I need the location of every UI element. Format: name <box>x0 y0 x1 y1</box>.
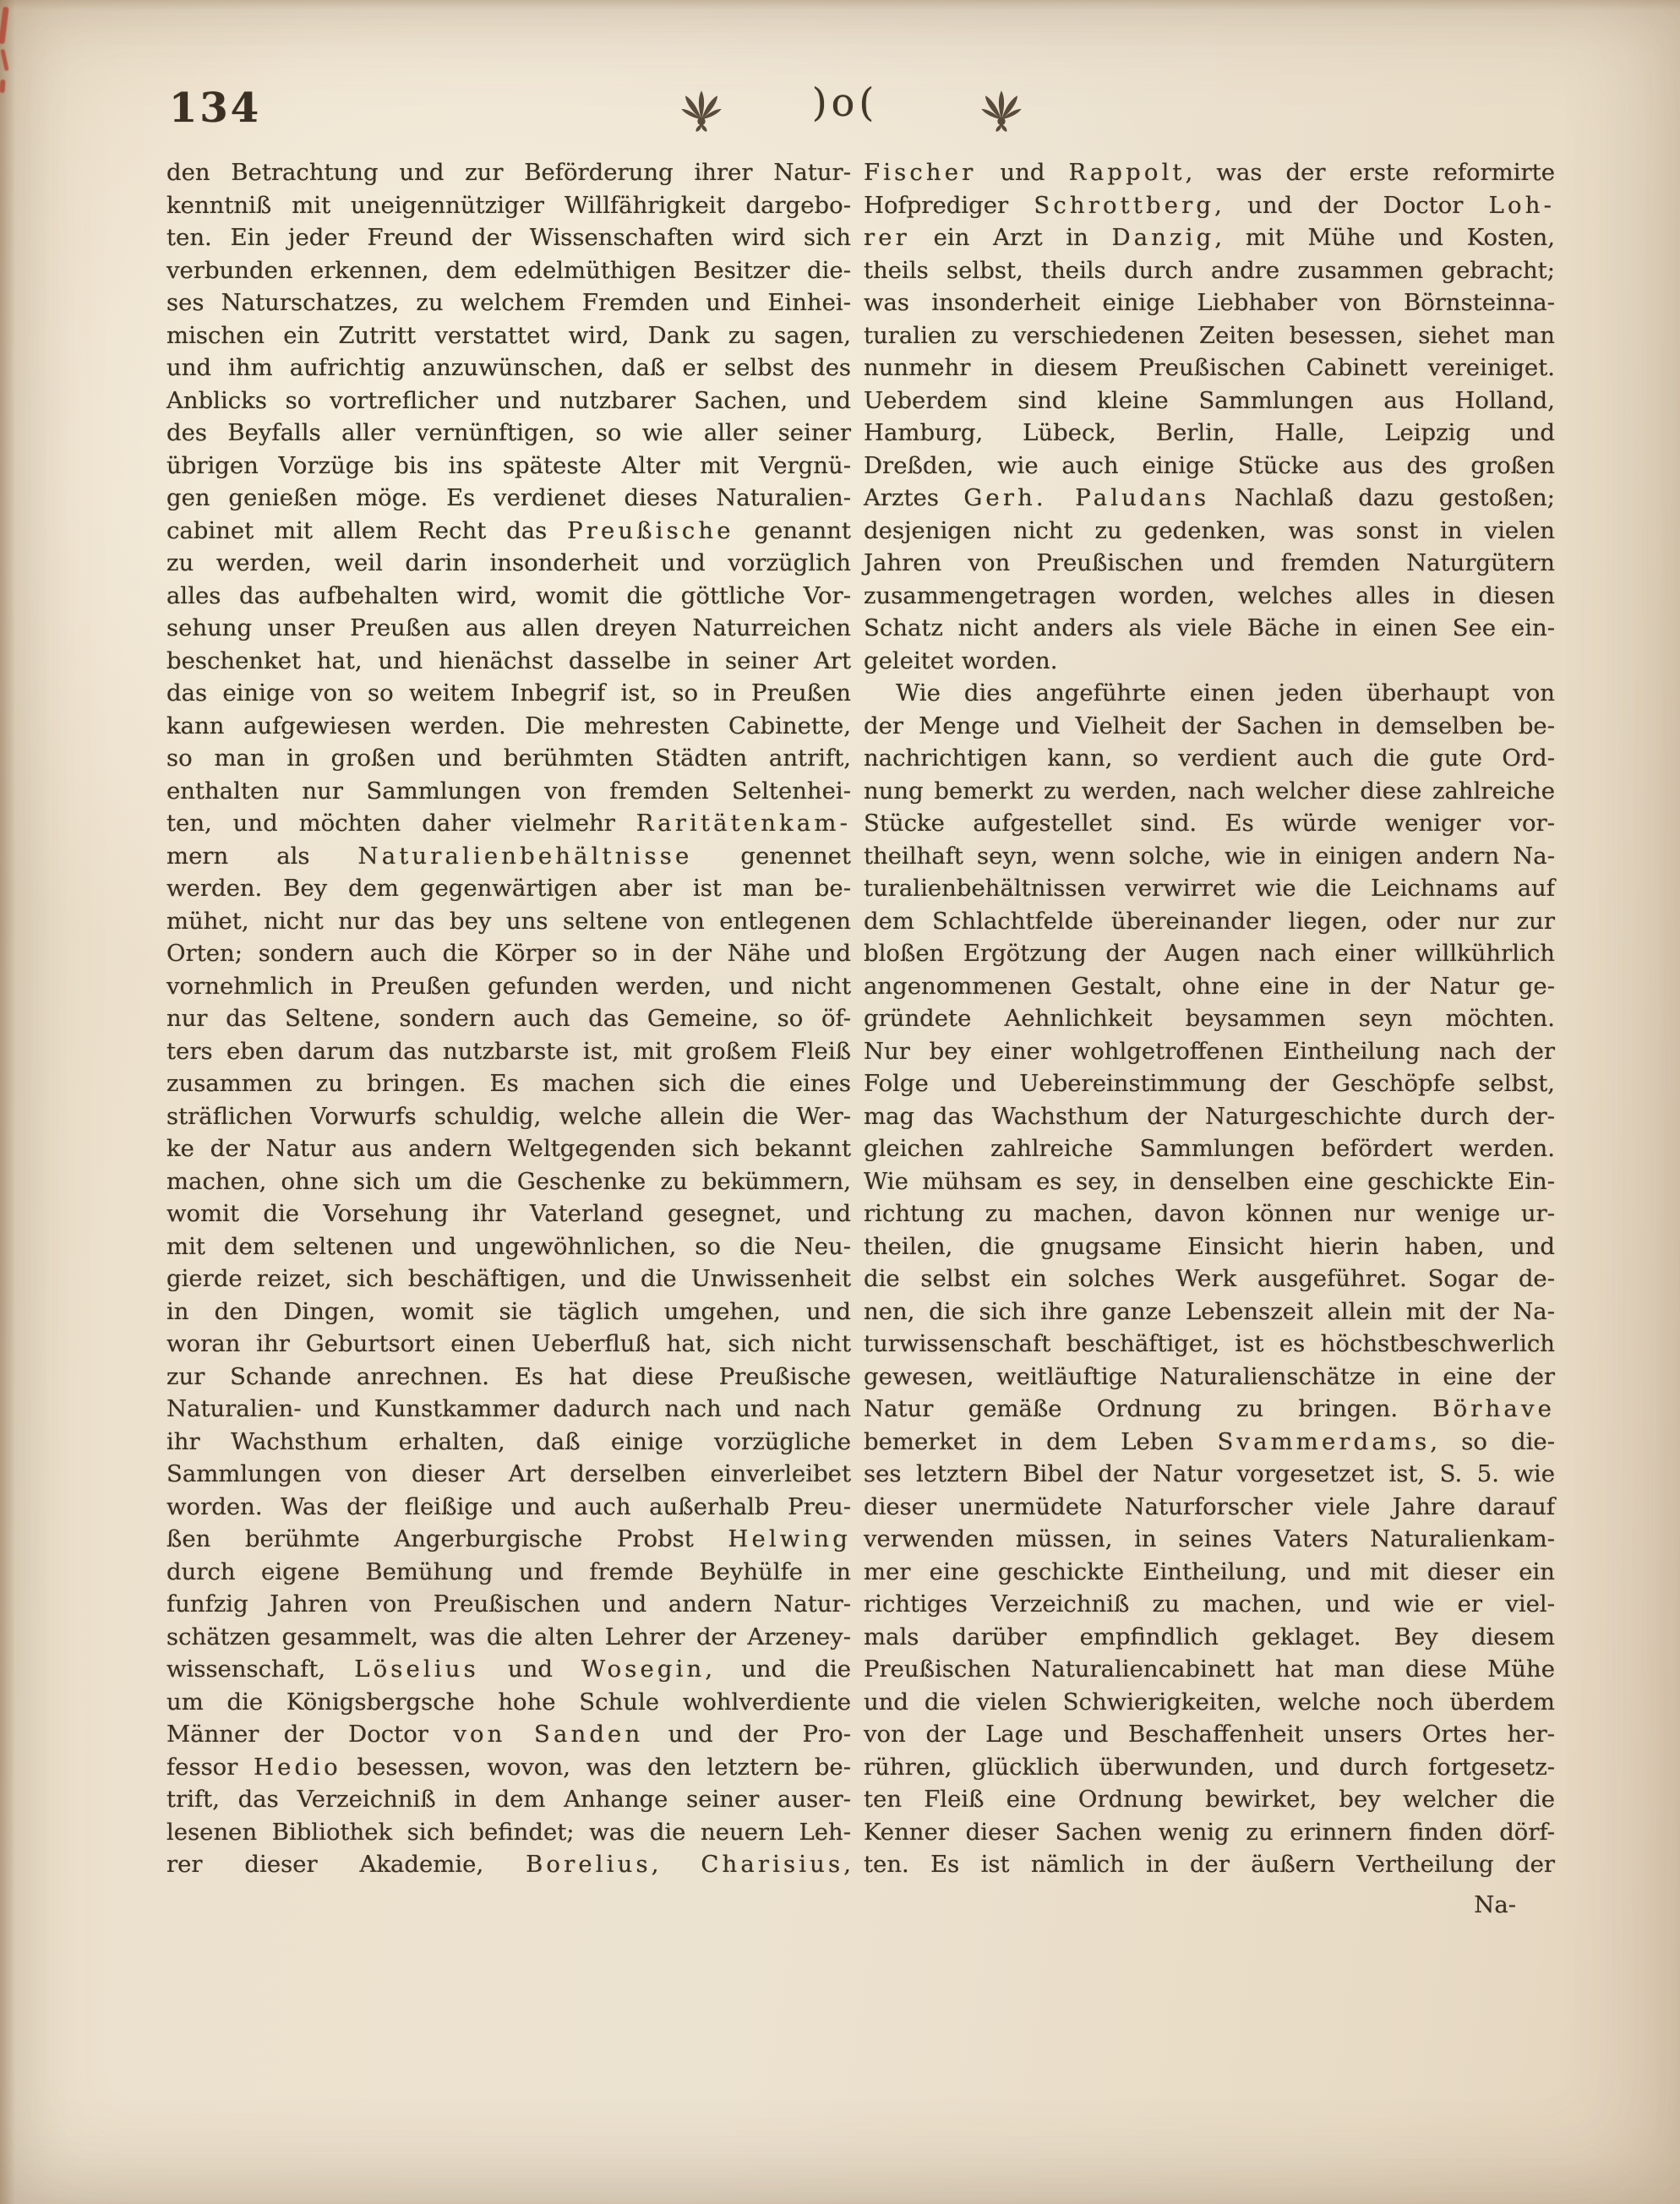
text-line: sträflichen Vorwurfs schuldig, welche al… <box>166 1100 851 1133</box>
text-line: Jahren von Preußischen und fremden Natur… <box>864 547 1555 580</box>
text-line: enthalten nur Sammlungen von fremden Sel… <box>166 775 851 808</box>
text-line: mischen ein Zutritt verstattet wird, Dan… <box>166 319 851 352</box>
text-line: ßen berühmte Angerburgische Probst Helwi… <box>166 1523 851 1556</box>
text-line: gründete Aehnlichkeit beysammen seyn möc… <box>864 1002 1555 1035</box>
text-line: womit die Vorsehung ihr Vaterland gesegn… <box>166 1197 851 1230</box>
text-line: und ihm aufrichtig anzuwünschen, daß er … <box>166 352 851 385</box>
letter-spaced-name: Helwing <box>728 1525 851 1552</box>
text-line: Wie dies angeführte einen jeden überhaup… <box>864 677 1555 710</box>
text-line: wissenschaft, Löselius und Wosegin, und … <box>166 1653 851 1686</box>
text-line: übrigen Vorzüge bis ins späteste Alter m… <box>166 450 851 483</box>
text-line: gen genießen möge. Es verdienet dieses N… <box>166 482 851 515</box>
text-line: Folge und Uebereinstimmung der Geschöpfe… <box>864 1067 1555 1100</box>
text-line: mals darüber empfindlich geklaget. Bey d… <box>864 1621 1555 1654</box>
text-line: funfzig Jahren von Preußischen und ander… <box>166 1588 851 1621</box>
text-line: Preußischen Naturaliencabinett hat man d… <box>864 1653 1555 1686</box>
text-line: rühren, glücklich überwunden, und durch … <box>864 1751 1555 1784</box>
text-line: ihr Wachsthum erhalten, daß einige vorzü… <box>166 1426 851 1459</box>
text-line: Anblicks so vortreflicher und nutzbarer … <box>166 385 851 417</box>
text-line: nen, die sich ihre ganze Lebenszeit alle… <box>864 1296 1555 1328</box>
text-line: verbunden erkennen, dem edelmüthigen Bes… <box>166 254 851 287</box>
text-line: beschenket hat, und hienächst dasselbe i… <box>166 645 851 678</box>
text-line: nung bemerkt zu werden, nach welcher die… <box>864 775 1555 808</box>
letter-spaced-name: Loh- <box>1489 192 1555 219</box>
text-column-right: Fischer und Rappolt, was der erste refor… <box>864 156 1555 1881</box>
page-number: 134 <box>169 85 261 132</box>
text-line: ters eben darum das nutzbarste ist, mit … <box>166 1035 851 1068</box>
text-line: dem Schlachtfelde übereinander liegen, o… <box>864 905 1555 938</box>
text-line: mit dem seltenen und ungewöhnlichen, so … <box>166 1230 851 1263</box>
text-line: richtung zu machen, davon können nur wen… <box>864 1197 1555 1230</box>
text-line: turalienbehältnissen verwirret wie die L… <box>864 872 1555 905</box>
letter-spaced-name: Wosegin <box>581 1656 705 1683</box>
text-line: nachrichtigen kann, so verdient auch die… <box>864 742 1555 775</box>
text-line: Hamburg, Lübeck, Berlin, Halle, Leipzig … <box>864 417 1555 450</box>
text-line: ses letztern Bibel der Natur vorgesetzet… <box>864 1458 1555 1491</box>
text-line: den Betrachtung und zur Beförderung ihre… <box>166 156 851 189</box>
text-line: in den Dingen, womit sie täglich umgehen… <box>166 1296 851 1328</box>
text-line: der Menge und Vielheit der Sachen in dem… <box>864 710 1555 743</box>
letter-spaced-name: Danzig <box>1112 224 1215 251</box>
text-line: gewesen, weitläuftige Naturalienschätze … <box>864 1361 1555 1394</box>
letter-spaced-name: von Sanden <box>453 1721 643 1748</box>
letter-spaced-name: rer <box>864 224 910 251</box>
text-line: ten, und möchten daher vielmehr Raritäte… <box>166 807 851 840</box>
letter-spaced-name: Svammerdams <box>1217 1428 1430 1455</box>
letter-spaced-name: Rappolt <box>1068 159 1185 186</box>
text-line: trift, das Verzeichniß in dem Anhange se… <box>166 1783 851 1816</box>
text-line: Stücke aufgestellet sind. Es würde wenig… <box>864 807 1555 840</box>
text-line: woran ihr Geburtsort einen Ueberfluß hat… <box>166 1328 851 1361</box>
text-line: so man in großen und berühmten Städten a… <box>166 742 851 775</box>
text-line: fessor Hedio besessen, wovon, was den le… <box>166 1751 851 1784</box>
text-line: bemerket in dem Leben Svammerdams, so di… <box>864 1426 1555 1459</box>
text-line: Hofprediger Schrottberg, und der Doctor … <box>864 189 1555 222</box>
letter-spaced-name: Hedio <box>254 1754 341 1781</box>
text-line: worden. Was der fleißige und auch außerh… <box>166 1491 851 1524</box>
letter-spaced-name: Charisius <box>701 1851 843 1878</box>
catchword: Na- <box>1474 1891 1516 1918</box>
text-line: Arztes Gerh. Paludans Nachlaß dazu gesto… <box>864 482 1555 515</box>
text-line: mühet, nicht nur das bey uns seltene von… <box>166 905 851 938</box>
text-line: vornehmlich in Preußen gefunden werden, … <box>166 970 851 1003</box>
text-line: bloßen Ergötzung der Augen nach einer wi… <box>864 937 1555 970</box>
text-line: richtiges Verzeichniß zu machen, und wie… <box>864 1588 1555 1621</box>
text-line: zusammengetragen worden, welches alles i… <box>864 580 1555 613</box>
text-line: kann aufgewiesen werden. Die mehresten C… <box>166 710 851 743</box>
letter-spaced-name: Gerh. Paludans <box>963 484 1209 511</box>
text-line: kenntniß mit uneigennütziger Willfährigk… <box>166 189 851 222</box>
text-line: Kenner dieser Sachen wenig zu erinnern f… <box>864 1816 1555 1849</box>
text-line: zusammen zu bringen. Es machen sich die … <box>166 1067 851 1100</box>
text-line: schätzen gesammelt, was die alten Lehrer… <box>166 1621 851 1654</box>
text-line: dieser unermüdete Naturforscher viele Ja… <box>864 1491 1555 1524</box>
text-line: Orten; sondern auch die Körper so in der… <box>166 937 851 970</box>
text-line: Nur bey einer wohlgetroffenen Eintheilun… <box>864 1035 1555 1068</box>
text-line: und die vielen Schwierigkeiten, welche n… <box>864 1686 1555 1719</box>
text-line: des Beyfalls aller vernünftigen, so wie … <box>166 417 851 450</box>
text-line: alles das aufbehalten wird, womit die gö… <box>166 580 851 613</box>
text-line: Naturalien- und Kunstkammer dadurch nach… <box>166 1393 851 1426</box>
page-edge-shadow-left <box>0 0 15 2204</box>
letter-spaced-name: Preußische <box>567 517 734 544</box>
fleuron-icon <box>974 81 1029 134</box>
text-line: die selbst ein solches Werk ausgeführet.… <box>864 1263 1555 1296</box>
text-line: mer eine geschickte Eintheilung, und mit… <box>864 1556 1555 1589</box>
text-line: Natur gemäße Ordnung zu bringen. Börhave <box>864 1393 1555 1426</box>
text-line: turwissenschaft beschäftiget, ist es höc… <box>864 1328 1555 1361</box>
letter-spaced-name: Raritätenkam- <box>636 810 851 837</box>
text-line: turalien zu verschiedenen Zeiten besesse… <box>864 319 1555 352</box>
signature-mark: )o( <box>794 79 896 125</box>
red-ink-mark <box>0 79 6 93</box>
text-line: gierde reizet, sich beschäftigen, und di… <box>166 1263 851 1296</box>
text-line: sehung unser Preußen aus allen dreyen Na… <box>166 612 851 645</box>
text-line: verwenden müssen, in seines Vaters Natur… <box>864 1523 1555 1556</box>
text-line: ses Naturschatzes, zu welchem Fremden un… <box>166 286 851 319</box>
text-line: theilen, die gnugsame Einsicht hierin ha… <box>864 1230 1555 1263</box>
text-line: theilhaft seyn, wenn solche, wie in eini… <box>864 840 1555 873</box>
text-line: Männer der Doctor von Sanden und der Pro… <box>166 1718 851 1751</box>
text-line: ten Fleiß eine Ordnung bewirket, bey wel… <box>864 1783 1555 1816</box>
text-line: gleichen zahlreiche Sammlungen befördert… <box>864 1132 1555 1165</box>
text-line: Sammlungen von dieser Art derselben einv… <box>166 1458 851 1491</box>
text-line: rer ein Arzt in Danzig, mit Mühe und Kos… <box>864 221 1555 254</box>
text-line: Wie mühsam es sey, in denselben eine ges… <box>864 1165 1555 1198</box>
text-line: zur Schande anrechnen. Es hat diese Preu… <box>166 1361 851 1394</box>
letter-spaced-name: Löselius <box>354 1656 479 1683</box>
text-line: cabinet mit allem Recht das Preußische g… <box>166 515 851 548</box>
text-line: lesenen Bibliothek sich befindet; was di… <box>166 1816 851 1849</box>
letter-spaced-name: Naturalienbehältnisse <box>358 843 693 870</box>
catchword-row: Na- <box>864 1891 1555 1918</box>
text-line: machen, ohne sich um die Geschenke zu be… <box>166 1165 851 1198</box>
text-line: Fischer und Rappolt, was der erste refor… <box>864 156 1555 189</box>
text-line: ten. Ein jeder Freund der Wissenschaften… <box>166 221 851 254</box>
letter-spaced-name: Schrottberg <box>1034 192 1214 219</box>
text-line: nunmehr in diesem Preußischen Cabinett v… <box>864 352 1555 385</box>
text-line: was insonderheit einige Liebhaber von Bö… <box>864 286 1555 319</box>
text-line: angenommenen Gestalt, ohne eine in der N… <box>864 970 1555 1003</box>
fleuron-icon <box>674 81 729 134</box>
text-line: mern als Naturalienbehältnisse genennet <box>166 840 851 873</box>
text-line: Schatz nicht anders als viele Bäche in e… <box>864 612 1555 645</box>
text-line: geleitet worden. <box>864 645 1555 678</box>
letter-spaced-name: Börhave <box>1432 1395 1555 1422</box>
letter-spaced-name: Fischer <box>864 159 976 186</box>
text-line: nur das Seltene, sondern auch das Gemein… <box>166 1002 851 1035</box>
text-line: rer dieser Akademie, Borelius, Charisius… <box>166 1848 851 1881</box>
text-line: werden. Bey dem gegenwärtigen aber ist m… <box>166 872 851 905</box>
text-line: ke der Natur aus andern Weltgegenden sic… <box>166 1132 851 1165</box>
text-line: Dreßden, wie auch einige Stücke aus des … <box>864 450 1555 483</box>
text-line: von der Lage und Beschaffenheit unsers O… <box>864 1718 1555 1751</box>
text-line: das einige von so weitem Inbegrif ist, s… <box>166 677 851 710</box>
text-line: um die Königsbergsche hohe Schule wohlve… <box>166 1686 851 1719</box>
text-line: desjenigen nicht zu gedenken, was sonst … <box>864 515 1555 548</box>
text-line: zu werden, weil darin insonderheit und v… <box>166 547 851 580</box>
text-line: Ueberdem sind kleine Sammlungen aus Holl… <box>864 385 1555 417</box>
page-edge-shadow-top <box>0 0 1680 10</box>
letter-spaced-name: Borelius <box>526 1851 652 1878</box>
book-page: 134 )o( den Betrachtung und zur Beförder… <box>0 0 1680 2204</box>
text-line: mag das Wachsthum der Naturgeschichte du… <box>864 1100 1555 1133</box>
text-line: theils selbst, theils durch andre zusamm… <box>864 254 1555 287</box>
text-line: ten. Es ist nämlich in der äußern Verthe… <box>864 1848 1555 1881</box>
text-column-left: den Betrachtung und zur Beförderung ihre… <box>166 156 851 1881</box>
text-line: durch eigene Bemühung und fremde Beyhülf… <box>166 1556 851 1589</box>
